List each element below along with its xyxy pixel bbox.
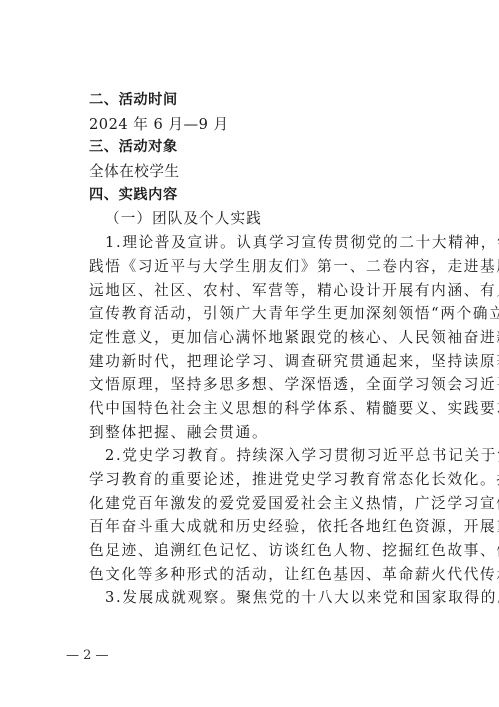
paragraph-line: 化建党百年激发的爱党爱国爱社会主义热情，广泛学习宣传党的 [89,492,435,516]
paragraph-line: 百年奋斗重大成就和历史经验，依托各地红色资源，开展重走红 [89,515,435,539]
section-heading-activity-time: 二、活动时间 [89,89,435,113]
page-number: — 2 — [66,648,109,663]
document-page: 二、活动时间 2024 年 6 月—9 月 三、活动对象 全体在校学生 四、实践… [0,0,499,707]
subsection-heading-team-practice: （一）团队及个人实践 [89,207,435,231]
paragraph-line: 文悟原理，坚持多思多想、学深悟透，全面学习领会习近平新时 [89,373,435,397]
paragraph-line: 定性意义，更加信心满怀地紧跟党的核心、人民领袖奋进新征程、 [89,326,435,350]
activity-time-value: 2024 年 6 月—9 月 [89,113,435,137]
paragraph-line: 建功新时代，把理论学习、调查研究贯通起来，坚持读原著学原 [89,350,435,374]
paragraph-line: 1.理论普及宣讲。认真学习宣传贯彻党的二十大精神，学思 [89,231,435,255]
document-body: 二、活动时间 2024 年 6 月—9 月 三、活动对象 全体在校学生 四、实践… [89,89,435,610]
paragraph-line: 色足迹、追溯红色记忆、访谈红色人物、挖掘红色故事、体悟红 [89,539,435,563]
paragraph-line: 2.党史学习教育。持续深入学习贯彻习近平总书记关于党史 [89,444,435,468]
section-heading-activity-target: 三、活动对象 [89,136,435,160]
section-heading-practice-content: 四、实践内容 [89,184,435,208]
paragraph-line: 3.发展成就观察。聚焦党的十八大以来党和国家取得的历史 [89,586,435,610]
paragraph-line: 践悟《习近平与大学生朋友们》第一、二卷内容，走进基层、边 [89,255,435,279]
activity-target-value: 全体在校学生 [89,160,435,184]
paragraph-line: 代中国特色社会主义思想的科学体系、精髓要义、实践要求，做 [89,397,435,421]
paragraph-theory-promotion: 1.理论普及宣讲。认真学习宣传贯彻党的二十大精神，学思 践悟《习近平与大学生朋友… [89,231,435,444]
paragraph-line: 到整体把握、融会贯通。 [89,421,435,445]
paragraph-line: 远地区、社区、农村、军营等，精心设计开展有内涵、有人气的 [89,279,435,303]
paragraph-line: 学习教育的重要论述，推进党史学习教育常态化长效化。持续深 [89,468,435,492]
paragraph-line: 色文化等多种形式的活动，让红色基因、革命薪火代代传承。 [89,563,435,587]
paragraph-line: 宣传教育活动，引领广大青年学生更加深刻领悟“两个确立”的决 [89,302,435,326]
paragraph-party-history: 2.党史学习教育。持续深入学习贯彻习近平总书记关于党史 学习教育的重要论述，推进… [89,444,435,586]
paragraph-development-observation: 3.发展成就观察。聚焦党的十八大以来党和国家取得的历史 [89,586,435,610]
